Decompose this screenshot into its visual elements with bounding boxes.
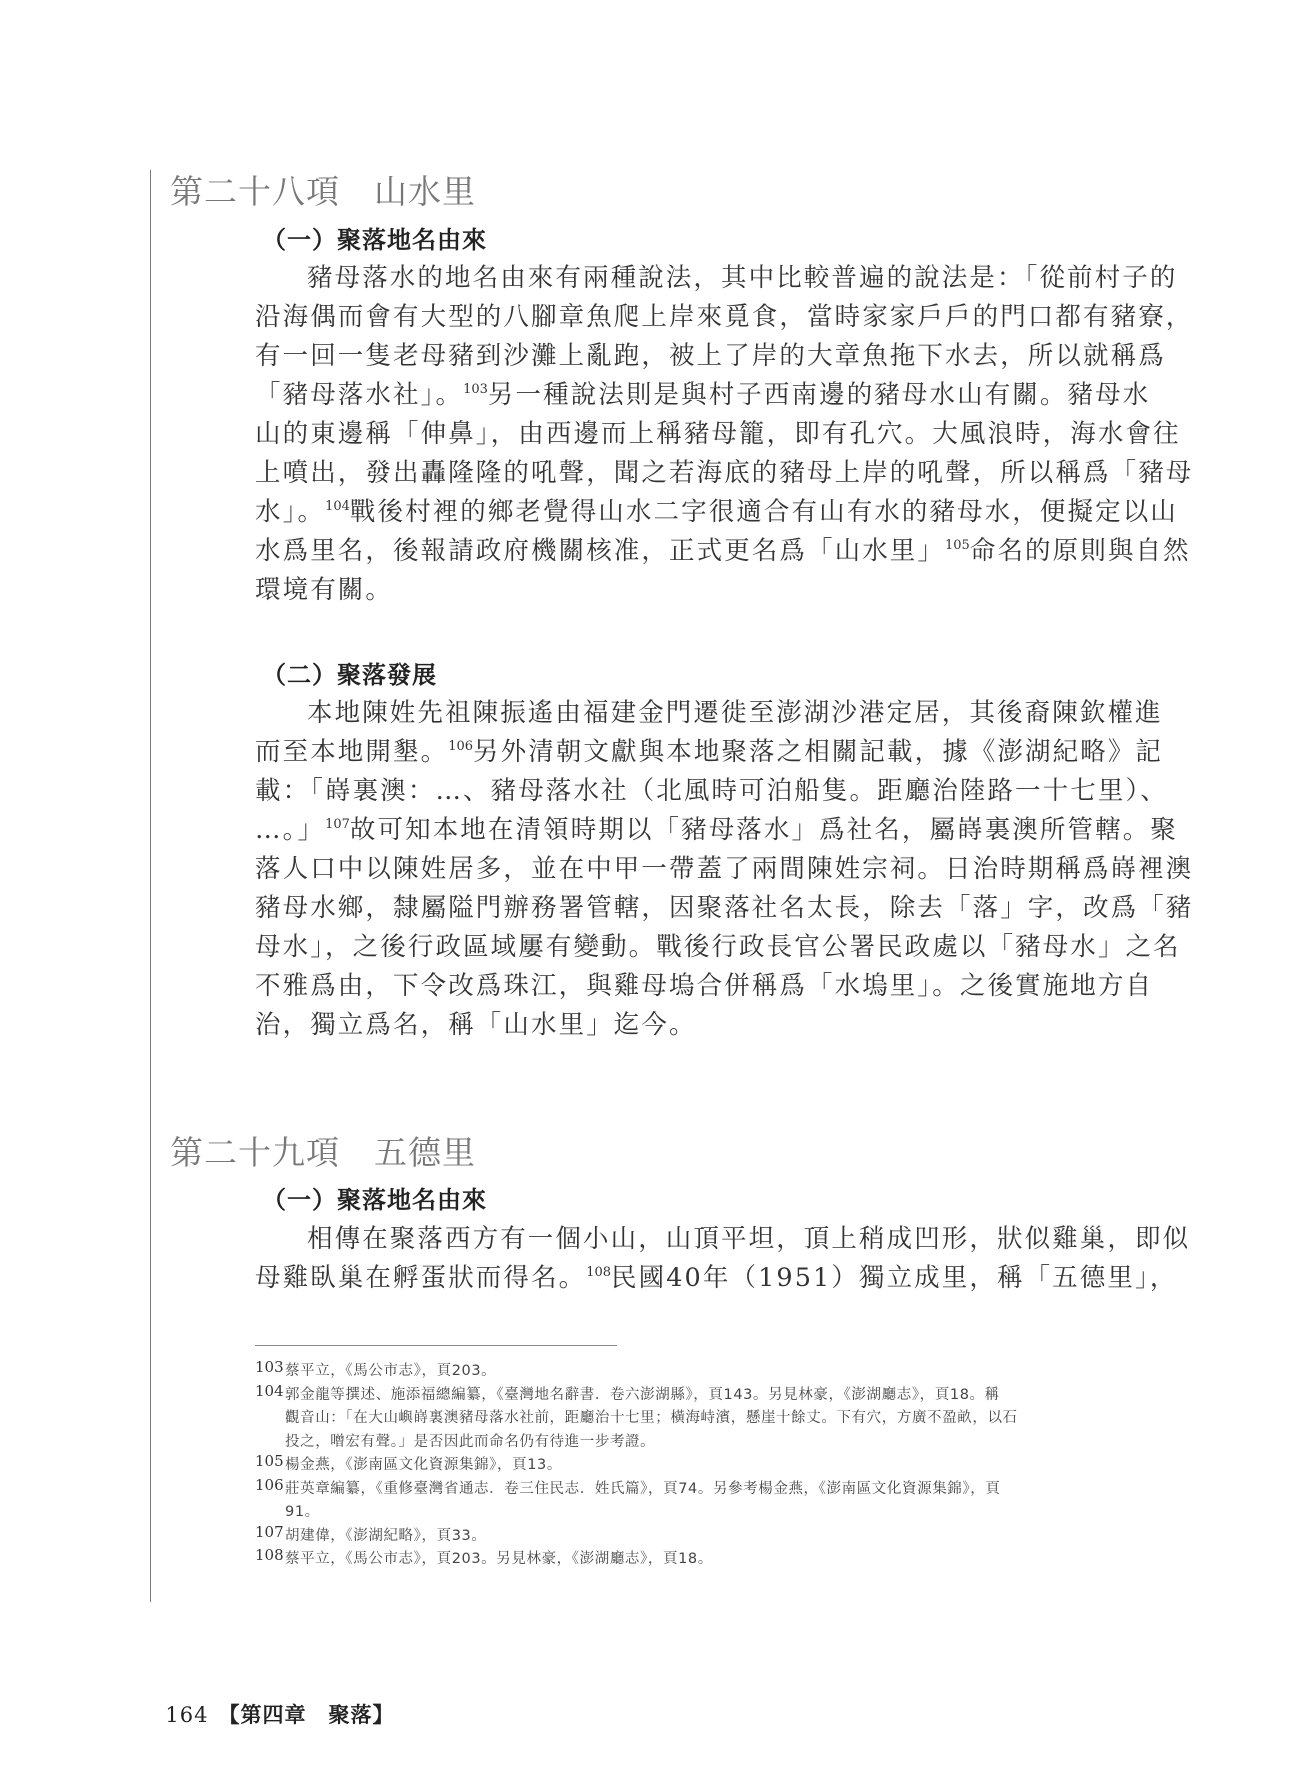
text-run: 戰後村裡的鄉老覺得山水二字很適合有山有水的豬母水，便擬定以山	[350, 497, 1178, 527]
footnote-108: 108蔡平立，《馬公市志》，頁203。另見林豪，《澎湖廳志》，頁18。	[255, 1548, 1135, 1572]
text-run: 豬母落水的地名由來有兩種說法，其中比較普遍的說法是：「從前村子的	[307, 263, 1177, 293]
footnotes: 103蔡平立，《馬公市志》，頁203。104郭金龍等撰述、施添福總編纂，《臺灣地…	[255, 1360, 1135, 1572]
text-line: 環境有關。	[255, 571, 1135, 610]
footnote-ref[interactable]: 108	[586, 1265, 611, 1280]
footnote-separator	[255, 1345, 617, 1346]
text-run: 「豬母落水社」。	[255, 380, 463, 410]
footnote-text: 郭金龍等撰述、施添福總編纂，《臺灣地名辭書．卷六澎湖縣》，頁143。另見林豪，《…	[285, 1384, 1135, 1408]
footnote-ref[interactable]: 104	[325, 499, 350, 514]
text-run: 相傳在聚落西方有一個小山，山頂平坦，頂上稍成凹形，狀似雞巢，即似	[307, 1224, 1190, 1254]
text-line: 豬母落水的地名由來有兩種說法，其中比較普遍的說法是：「從前村子的	[255, 259, 1135, 298]
footnote-106: 106莊英章編纂，《重修臺灣省通志．卷三住民志．姓氏篇》，頁74。另參考楊金燕，…	[255, 1478, 1135, 1525]
section-heading-28: 第二十八項 山水里	[170, 166, 476, 213]
text-line: 母水」，之後行政區域屢有變動。戰後行政長官公署民政處以「豬母水」之名	[255, 928, 1135, 967]
footnote-number: 107	[255, 1521, 284, 1545]
text-run: 載：「嵵裏澳：…、豬母落水社（北風時可泊船隻。距廳治陸路一十七里）、	[255, 776, 1168, 806]
footnote-ref[interactable]: 106	[448, 739, 473, 754]
subsection-title-28-2: （二）聚落發展	[262, 655, 437, 690]
paragraph-28-1: 豬母落水的地名由來有兩種說法，其中比較普遍的說法是：「從前村子的沿海偶而會有大型…	[255, 259, 1135, 610]
subsection-title-28-1: （一）聚落地名由來	[262, 220, 487, 255]
page-footer: 164【第四章 聚落】	[152, 1675, 394, 1729]
footnote-text: 投之，噌宏有聲。」是否因此而命名仍有待進一步考證。	[285, 1431, 1135, 1455]
text-run: 水」。	[255, 497, 325, 527]
footnote-ref[interactable]: 103	[463, 382, 488, 397]
footnote-number: 105	[255, 1450, 284, 1474]
section-heading-29: 第二十九項 五德里	[170, 1127, 476, 1174]
footnote-103: 103蔡平立，《馬公市志》，頁203。	[255, 1360, 1135, 1384]
text-run: 沿海偶而會有大型的八腳章魚爬上岸來覓食，當時家家戶戶的門口都有豬寮，	[255, 302, 1193, 332]
text-line: 載：「嵵裏澳：…、豬母落水社（北風時可泊船隻。距廳治陸路一十七里）、	[255, 772, 1135, 811]
text-run: 不雅爲由，下令改爲珠江，與雞母塢合併稱爲「水塢里」。之後實施地方自	[255, 971, 1153, 1001]
footnote-text: 觀音山：「在大山嶼嵵裏澳豬母落水社前，距廳治十七里；橫海峙濱，懸崖十餘丈。下有穴…	[285, 1407, 1135, 1431]
text-line: 而至本地開墾。106另外清朝文獻與本地聚落之相關記載，據《澎湖紀略》記	[255, 733, 1135, 772]
text-line: 本地陳姓先祖陳振遙由福建金門遷徙至澎湖沙港定居，其後裔陳欽權進	[255, 694, 1135, 733]
footnote-number: 103	[255, 1356, 284, 1380]
footnote-107: 107胡建偉，《澎湖紀略》，頁33。	[255, 1525, 1135, 1549]
text-run: 另一種說法則是與村子西南邊的豬母水山有關。豬母水	[488, 380, 1150, 410]
paragraph-29-1: 相傳在聚落西方有一個小山，山頂平坦，頂上稍成凹形，狀似雞巢，即似母雞臥巢在孵蛋狀…	[255, 1220, 1135, 1298]
text-run: 而至本地開墾。	[255, 737, 448, 767]
footnote-text: 91。	[285, 1501, 1135, 1525]
text-run: 民國40年（1951）獨立成里，稱「五德里」，	[611, 1263, 1177, 1293]
footnote-105: 105楊金燕，《澎南區文化資源集錦》，頁13。	[255, 1454, 1135, 1478]
text-run: 故可知本地在清領時期以「豬母落水」爲社名，屬嵵裏澳所管轄。聚	[350, 815, 1178, 845]
footnote-number: 104	[255, 1380, 284, 1404]
subsection-title-29-1: （一）聚落地名由來	[262, 1180, 487, 1215]
footnote-text: 胡建偉，《澎湖紀略》，頁33。	[285, 1525, 1135, 1549]
text-run: 母雞臥巢在孵蛋狀而得名。	[255, 1263, 586, 1293]
text-line: 上噴出，發出轟隆隆的吼聲，聞之若海底的豬母上岸的吼聲，所以稱爲「豬母	[255, 454, 1135, 493]
text-line: 母雞臥巢在孵蛋狀而得名。108民國40年（1951）獨立成里，稱「五德里」，	[255, 1259, 1135, 1298]
text-line: 水」。104戰後村裡的鄉老覺得山水二字很適合有山有水的豬母水，便擬定以山	[255, 493, 1135, 532]
footnote-ref[interactable]: 105	[945, 538, 970, 553]
footnote-number: 108	[255, 1544, 284, 1568]
text-run: 水爲里名，後報請政府機關核准，正式更名爲「山水里」	[255, 536, 945, 566]
footnote-104: 104郭金龍等撰述、施添福總編纂，《臺灣地名辭書．卷六澎湖縣》，頁143。另見林…	[255, 1384, 1135, 1455]
text-line: 治，獨立爲名，稱「山水里」迄今。	[255, 1006, 1135, 1045]
text-line: …。」107故可知本地在清領時期以「豬母落水」爲社名，屬嵵裏澳所管轄。聚	[255, 811, 1135, 850]
text-line: 「豬母落水社」。103另一種說法則是與村子西南邊的豬母水山有關。豬母水	[255, 376, 1135, 415]
chapter-label: 【第四章 聚落】	[218, 1702, 394, 1727]
text-run: 落人口中以陳姓居多，並在中甲一帶蓋了兩間陳姓宗祠。日治時期稱爲嵵裡澳	[255, 854, 1193, 884]
text-run: 命名的原則與自然	[970, 536, 1191, 566]
text-run: …。」	[255, 815, 325, 845]
text-line: 豬母水鄉，隸屬隘門辦務署管轄，因聚落社名太長，除去「落」字，改爲「豬	[255, 889, 1135, 928]
text-run: 山的東邊稱「伸鼻」，由西邊而上稱豬母籠，即有孔穴。大風浪時，海水會往	[255, 419, 1181, 449]
text-line: 沿海偶而會有大型的八腳章魚爬上岸來覓食，當時家家戶戶的門口都有豬寮，	[255, 298, 1135, 337]
text-run: 母水」，之後行政區域屢有變動。戰後行政長官公署民政處以「豬母水」之名	[255, 932, 1181, 962]
text-run: 上噴出，發出轟隆隆的吼聲，聞之若海底的豬母上岸的吼聲，所以稱爲「豬母	[255, 458, 1193, 488]
footnote-number: 106	[255, 1474, 284, 1498]
footnote-text: 蔡平立，《馬公市志》，頁203。	[285, 1360, 1135, 1384]
footnote-ref[interactable]: 107	[325, 817, 350, 832]
text-run: 治，獨立爲名，稱「山水里」迄今。	[255, 1010, 697, 1040]
text-line: 山的東邊稱「伸鼻」，由西邊而上稱豬母籠，即有孔穴。大風浪時，海水會往	[255, 415, 1135, 454]
footnote-text: 蔡平立，《馬公市志》，頁203。另見林豪，《澎湖廳志》，頁18。	[285, 1548, 1135, 1572]
margin-rule	[150, 170, 151, 1602]
text-line: 有一回一隻老母豬到沙灘上亂跑，被上了岸的大章魚拖下水去，所以就稱爲	[255, 337, 1135, 376]
text-run: 環境有關。	[255, 575, 393, 605]
text-run: 本地陳姓先祖陳振遙由福建金門遷徙至澎湖沙港定居，其後裔陳欽權進	[307, 698, 1163, 728]
paragraph-28-2: 本地陳姓先祖陳振遙由福建金門遷徙至澎湖沙港定居，其後裔陳欽權進而至本地開墾。10…	[255, 694, 1135, 1045]
text-run: 另外清朝文獻與本地聚落之相關記載，據《澎湖紀略》記	[473, 737, 1163, 767]
page-number: 164	[165, 1703, 208, 1727]
footnote-text: 莊英章編纂，《重修臺灣省通志．卷三住民志．姓氏篇》，頁74。另參考楊金燕，《澎南…	[285, 1478, 1135, 1502]
text-line: 水爲里名，後報請政府機關核准，正式更名爲「山水里」105命名的原則與自然	[255, 532, 1135, 571]
text-run: 豬母水鄉，隸屬隘門辦務署管轄，因聚落社名太長，除去「落」字，改爲「豬	[255, 893, 1193, 923]
text-line: 相傳在聚落西方有一個小山，山頂平坦，頂上稍成凹形，狀似雞巢，即似	[255, 1220, 1135, 1259]
text-line: 不雅爲由，下令改爲珠江，與雞母塢合併稱爲「水塢里」。之後實施地方自	[255, 967, 1135, 1006]
text-line: 落人口中以陳姓居多，並在中甲一帶蓋了兩間陳姓宗祠。日治時期稱爲嵵裡澳	[255, 850, 1135, 889]
footnote-text: 楊金燕，《澎南區文化資源集錦》，頁13。	[285, 1454, 1135, 1478]
text-run: 有一回一隻老母豬到沙灘上亂跑，被上了岸的大章魚拖下水去，所以就稱爲	[255, 341, 1166, 371]
